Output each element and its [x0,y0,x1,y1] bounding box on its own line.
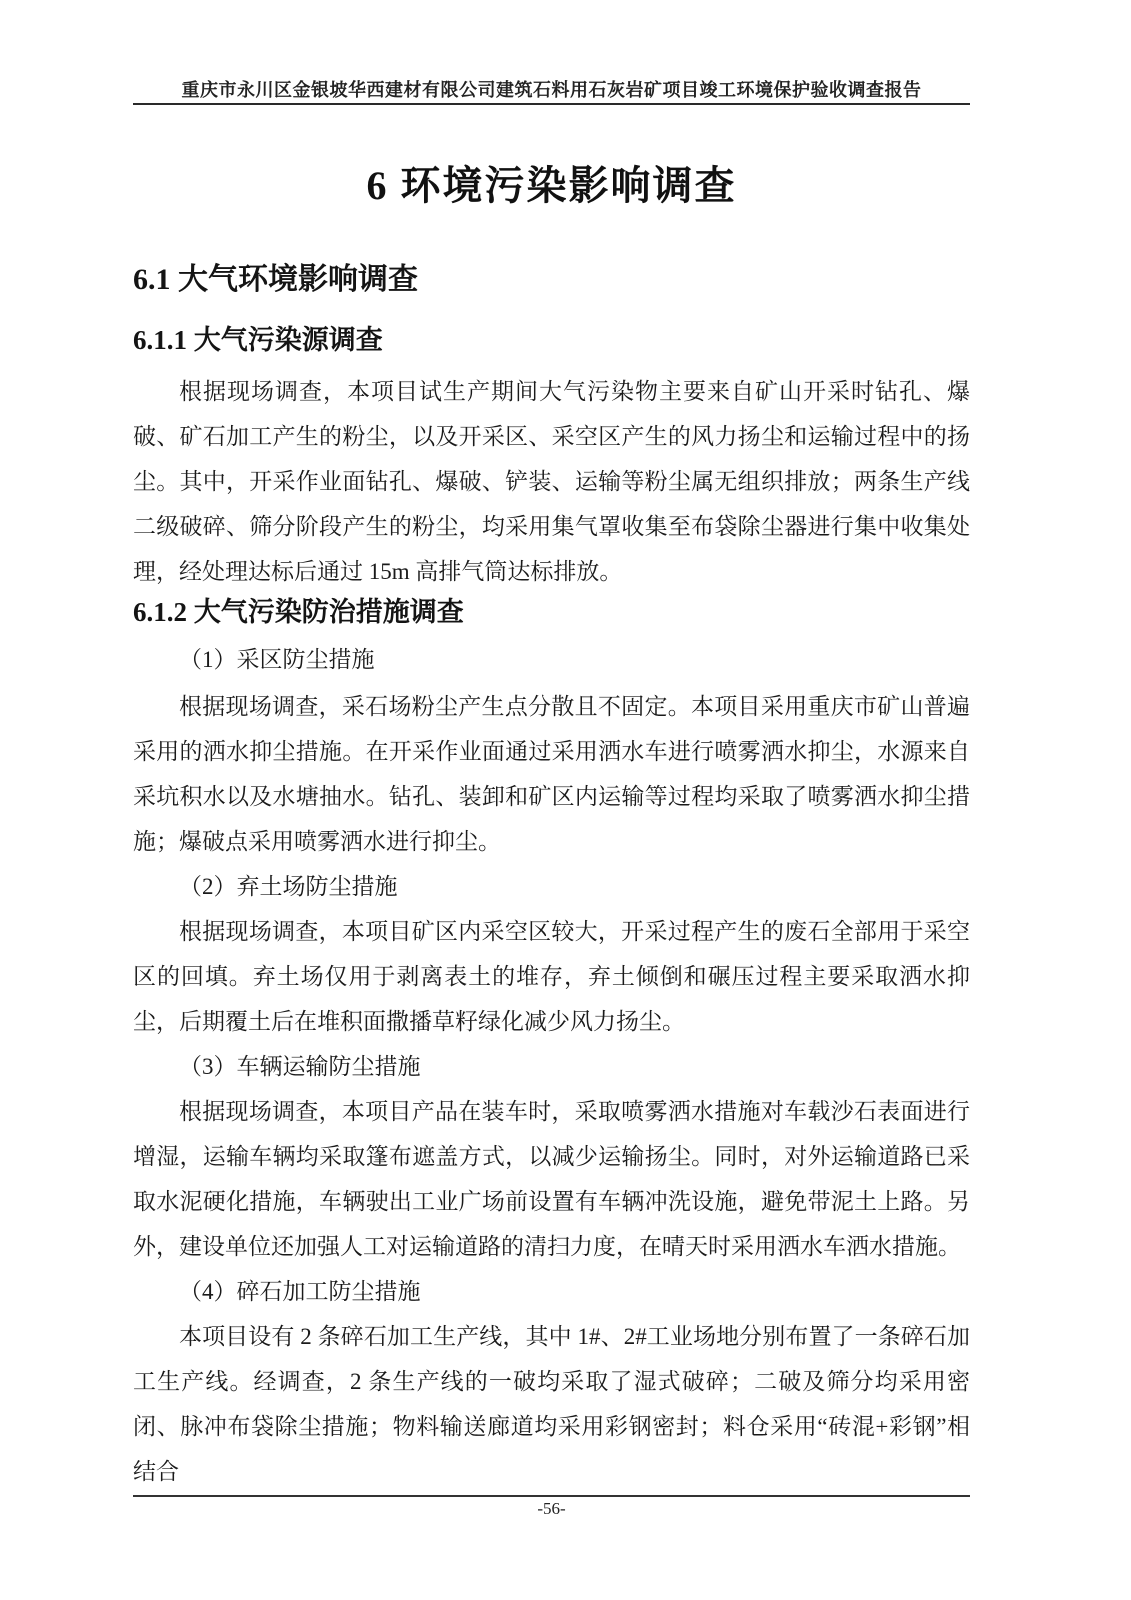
document-page: 重庆市永川区金银坡华西建材有限公司建筑石料用石灰岩矿项目竣工环境保护验收调查报告… [0,0,1131,1600]
sub-item-title-3: （3）车辆运输防尘措施 [133,1044,970,1089]
page-header-report-title: 重庆市永川区金银坡华西建材有限公司建筑石料用石灰岩矿项目竣工环境保护验收调查报告 [133,0,970,100]
paragraph-spoil-ground-dust-control: 根据现场调查，本项目矿区内采空区较大，开采过程产生的废石全部用于采空区的回填。弃… [133,909,970,1044]
sub-item-title-1: （1）采区防尘措施 [133,637,970,682]
page-footer: -56- [133,1495,970,1519]
paragraph-vehicle-transport-dust-control: 根据现场调查，本项目产品在装车时，采取喷雾洒水措施对车载沙石表面进行增湿，运输车… [133,1089,970,1269]
sub-item-title-2: （2）弃土场防尘措施 [133,864,970,909]
paragraph-crushing-process-dust-control: 本项目设有 2 条碎石加工生产线，其中 1#、2#工业场地分别布置了一条碎石加工… [133,1314,970,1494]
page-number: -56- [133,1497,970,1519]
section-heading-6-1-2: 6.1.2 大气污染防治措施调查 [133,596,970,628]
section-heading-6-1-1: 6.1.1 大气污染源调查 [133,324,970,356]
section-heading-6-1: 6.1 大气环境影响调查 [133,262,970,298]
sub-item-title-4: （4）碎石加工防尘措施 [133,1269,970,1314]
paragraph-mining-area-dust-control: 根据现场调查，采石场粉尘产生点分散且不固定。本项目采用重庆市矿山普遍采用的洒水抑… [133,684,970,864]
chapter-title: 6 环境污染影响调查 [133,162,970,210]
paragraph-air-pollution-sources: 根据现场调查，本项目试生产期间大气污染物主要来自矿山开采时钻孔、爆破、矿石加工产… [133,369,970,594]
page-content: 重庆市永川区金银坡华西建材有限公司建筑石料用石灰岩矿项目竣工环境保护验收调查报告… [133,0,970,1494]
header-divider [133,103,970,105]
